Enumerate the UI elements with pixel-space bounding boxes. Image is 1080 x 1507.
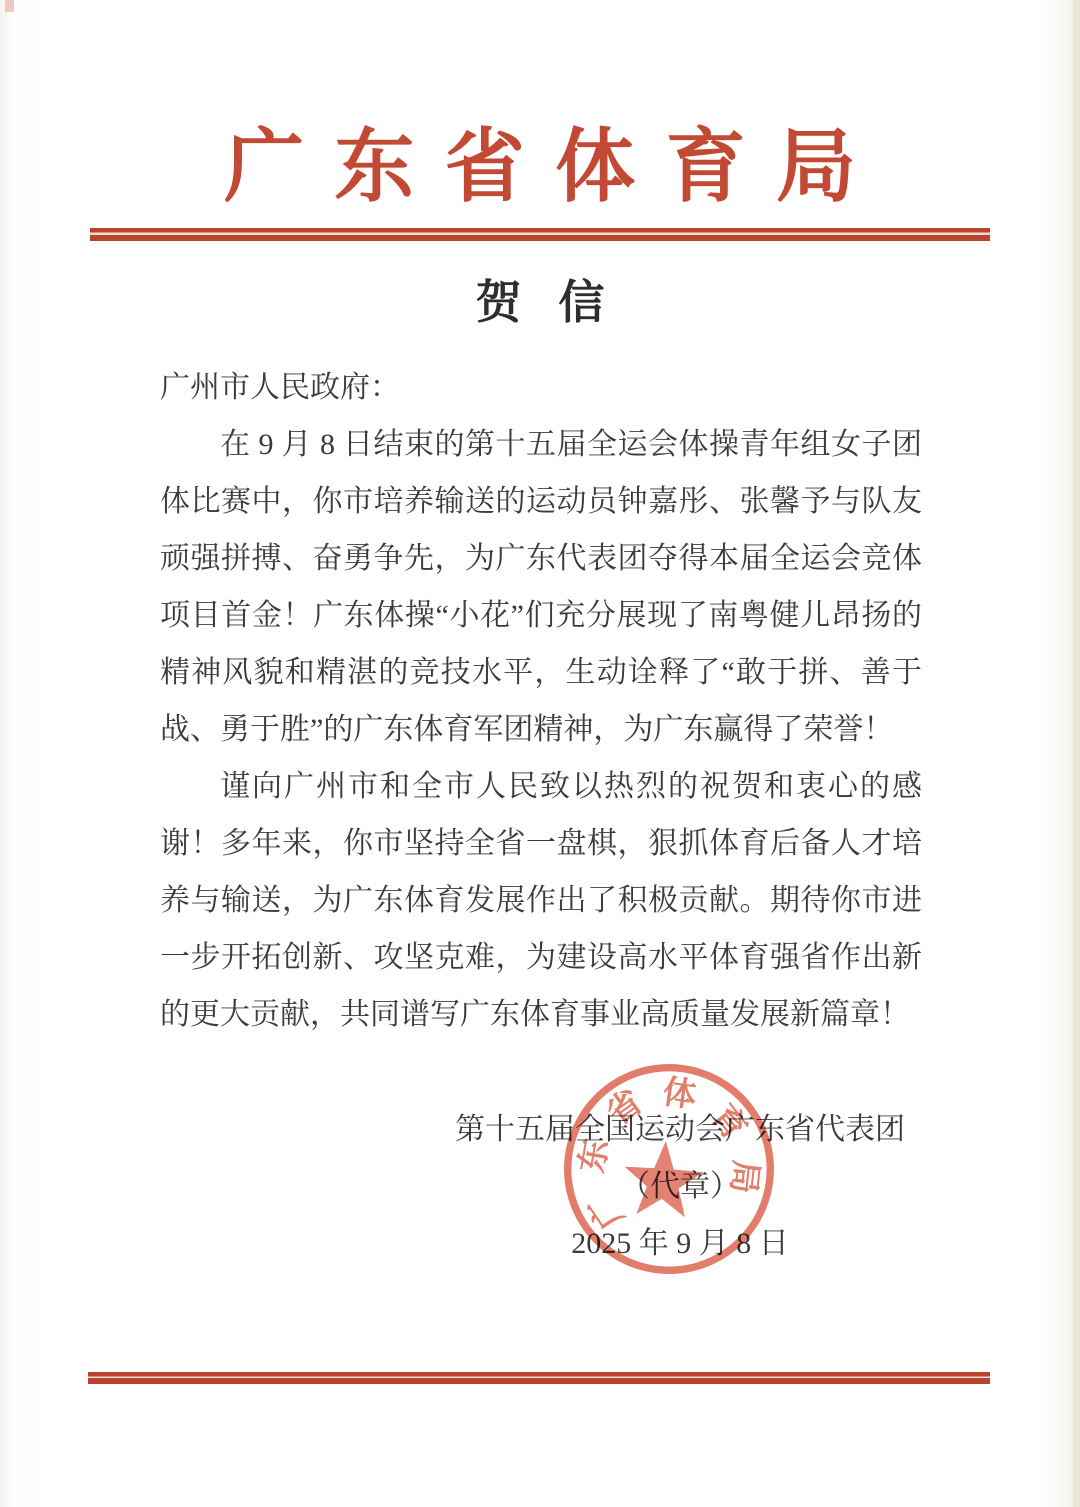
salutation: 广州市人民政府： bbox=[160, 359, 922, 416]
seal-char-2: 东 bbox=[574, 1136, 616, 1176]
paragraph-1: 在 9 月 8 日结束的第十五届全运会体操青年组女子团体比赛中，你市培养输送的运… bbox=[160, 416, 922, 758]
header-double-rule bbox=[90, 228, 990, 241]
seal-star-icon bbox=[623, 1139, 706, 1222]
page-edge-shadow bbox=[1073, 0, 1080, 1507]
scan-artifact bbox=[5, 0, 14, 12]
letter-title: 贺信 bbox=[0, 266, 1080, 332]
seal-char-4: 体 bbox=[660, 1074, 699, 1115]
official-seal-icon: 广 东 省 体 育 局 bbox=[543, 1043, 795, 1295]
footer-double-rule bbox=[88, 1372, 990, 1384]
letter-body: 广州市人民政府： 在 9 月 8 日结束的第十五届全运会体操青年组女子团体比赛中… bbox=[160, 359, 922, 1043]
org-title: 广东省体育局 bbox=[0, 102, 1080, 217]
seal-char-6: 局 bbox=[724, 1158, 764, 1195]
letter-page: 广东省体育局 贺信 广州市人民政府： 在 9 月 8 日结束的第十五届全运会体操… bbox=[0, 0, 1080, 1507]
paragraph-2: 谨向广州市和全市人民致以热烈的祝贺和衷心的感谢！多年来，你市坚持全省一盘棋，狠抓… bbox=[160, 758, 922, 1043]
